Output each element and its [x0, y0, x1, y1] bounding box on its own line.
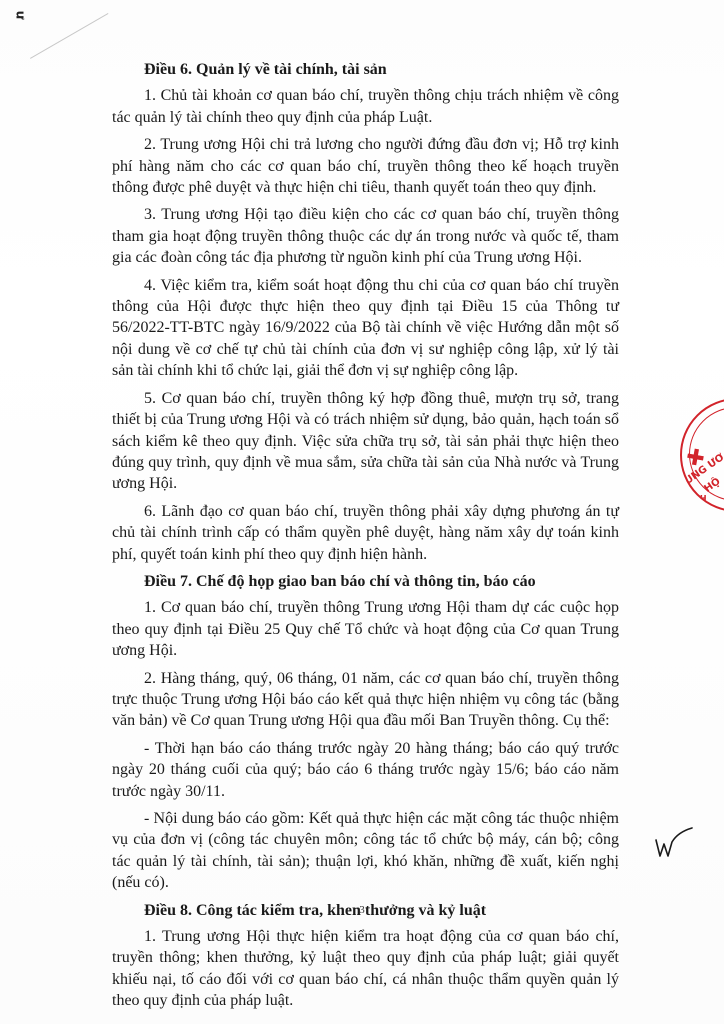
paragraph: 3. Trung ương Hội tạo điều kiện cho các … — [112, 204, 619, 268]
paragraph: - Thời hạn báo cáo tháng trước ngày 20 h… — [112, 738, 619, 802]
section-dieu-8: Điều 8. Công tác kiểm tra, khen thưởng v… — [112, 900, 619, 1012]
initial-signature-icon — [654, 826, 694, 860]
section-heading: Điều 7. Chế độ họp giao ban báo chí và t… — [112, 571, 619, 592]
page-number: 3 — [0, 904, 724, 916]
section-dieu-7: Điều 7. Chế độ họp giao ban báo chí và t… — [112, 571, 619, 894]
document-body: Điều 6. Quản lý về tài chính, tài sản 1.… — [112, 59, 619, 1018]
section-heading: Điều 6. Quản lý về tài chính, tài sản — [112, 59, 619, 80]
stamp-top-text: ĐỘ — [692, 402, 707, 412]
paragraph: 2. Hàng tháng, quý, 06 tháng, 01 năm, cá… — [112, 668, 619, 732]
paragraph: 2. Trung ương Hội chi trả lương cho ngườ… — [112, 134, 619, 198]
stamp-bottom-text: ЭН — [694, 494, 707, 503]
paragraph: 6. Lãnh đạo cơ quan báo chí, truyền thôn… — [112, 501, 619, 565]
paragraph: 5. Cơ quan báo chí, truyền thông ký hợp … — [112, 388, 619, 495]
paragraph: 1. Cơ quan báo chí, truyền thông Trung ư… — [112, 597, 619, 661]
paragraph: 1. Trung ương Hội thực hiện kiểm tra hoạ… — [112, 926, 619, 1012]
paragraph: 4. Việc kiểm tra, kiểm soát hoạt động th… — [112, 275, 619, 382]
section-dieu-6: Điều 6. Quản lý về tài chính, tài sản 1.… — [112, 59, 619, 565]
corner-mark: ư — [13, 11, 27, 20]
paragraph: 1. Chủ tài khoản cơ quan báo chí, truyền… — [112, 85, 619, 128]
paragraph: - Nội dung báo cáo gồm: Kết quả thực hiệ… — [112, 808, 619, 894]
